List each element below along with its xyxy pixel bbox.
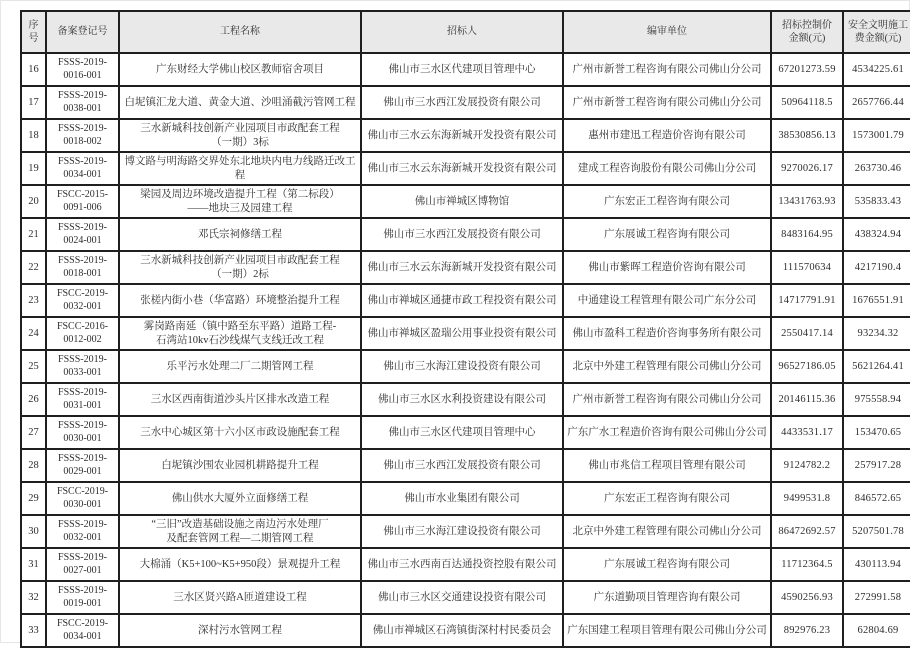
cell-safety-fee: 4217190.4 (843, 251, 910, 284)
cell-safety-fee: 975558.94 (843, 383, 910, 416)
table-header: 序 号 备案登记号 工程名称 招标人 编审单位 招标控制价 金额(元) 安全文明… (21, 11, 910, 53)
column-header-project-name: 工程名称 (119, 11, 361, 53)
table-row: 28 FSSS-2019- 0029-001 白坭镇沙围农业园机耕路提升工程 佛… (21, 449, 910, 482)
cell-serial-number: 16 (21, 53, 46, 86)
cell-safety-fee: 2657766.44 (843, 86, 910, 119)
cell-serial-number: 30 (21, 515, 46, 548)
cell-project-name: 三水区贤兴路A匝道建设工程 (119, 581, 361, 614)
cell-control-price: 67201273.59 (771, 53, 843, 86)
cell-tenderer: 佛山市三水区代建项目管理中心 (361, 53, 563, 86)
cell-serial-number: 18 (21, 119, 46, 152)
cell-tenderer: 佛山市三水区水利投资建设有限公司 (361, 383, 563, 416)
table-row: 24 FSCC-2016- 0012-002 雾岗路南延（镇中路至东平路）道路工… (21, 317, 910, 350)
table-row: 33 FSCC-2019- 0034-001 深村污水管网工程 佛山市禅城区石湾… (21, 614, 910, 647)
table-row: 23 FSCC-2019- 0032-001 张槎内街小巷（华富路）环境整治提升… (21, 284, 910, 317)
cell-serial-number: 28 (21, 449, 46, 482)
cell-registration-number: FSSS-2019- 0027-001 (46, 548, 119, 581)
column-header-safety-fee: 安全文明施工 费金额(元) (843, 11, 910, 53)
cell-serial-number: 26 (21, 383, 46, 416)
cell-serial-number: 32 (21, 581, 46, 614)
cell-registration-number: FSSS-2019- 0016-001 (46, 53, 119, 86)
cell-review-unit: 广东展诚工程咨询有限公司 (563, 548, 771, 581)
cell-review-unit: 佛山市兆信工程项目管理有限公司 (563, 449, 771, 482)
cell-registration-number: FSSS-2019- 0032-001 (46, 515, 119, 548)
cell-review-unit: 广东宏正工程咨询有限公司 (563, 185, 771, 218)
cell-registration-number: FSSS-2019- 0018-001 (46, 251, 119, 284)
table-body: 16 FSSS-2019- 0016-001 广东财经大学佛山校区教师宿舍项目 … (21, 53, 910, 647)
cell-review-unit: 建成工程咨询股份有限公司佛山分公司 (563, 152, 771, 185)
cell-registration-number: FSCC-2015- 0091-006 (46, 185, 119, 218)
table-row: 20 FSCC-2015- 0091-006 梁园及周边环境改造提升工程（第二标… (21, 185, 910, 218)
header-row: 序 号 备案登记号 工程名称 招标人 编审单位 招标控制价 金额(元) 安全文明… (21, 11, 910, 53)
cell-project-name: 广东财经大学佛山校区教师宿舍项目 (119, 53, 361, 86)
cell-serial-number: 22 (21, 251, 46, 284)
cell-control-price: 9499531.8 (771, 482, 843, 515)
cell-tenderer: 佛山市三水区交通建设投资有限公司 (361, 581, 563, 614)
table-row: 22 FSSS-2019- 0018-001 三水新城科技创新产业园项目市政配套… (21, 251, 910, 284)
cell-project-name: 三水中心城区第十六小区市政设施配套工程 (119, 416, 361, 449)
cell-serial-number: 21 (21, 218, 46, 251)
cell-project-name: 三水新城科技创新产业园项目市政配套工程 （一期）2标 (119, 251, 361, 284)
cell-registration-number: FSCC-2016- 0012-002 (46, 317, 119, 350)
cell-control-price: 50964118.5 (771, 86, 843, 119)
cell-registration-number: FSSS-2019- 0031-001 (46, 383, 119, 416)
cell-registration-number: FSSS-2019- 0034-001 (46, 152, 119, 185)
cell-review-unit: 佛山市紫晖工程造价咨询有限公司 (563, 251, 771, 284)
cell-safety-fee: 263730.46 (843, 152, 910, 185)
cell-registration-number: FSCC-2019- 0034-001 (46, 614, 119, 647)
cell-serial-number: 19 (21, 152, 46, 185)
cell-review-unit: 北京中外建工程管理有限公司佛山分公司 (563, 515, 771, 548)
cell-review-unit: 广东展诚工程咨询有限公司 (563, 218, 771, 251)
cell-tenderer: 佛山市三水西江发展投资有限公司 (361, 449, 563, 482)
cell-safety-fee: 62804.69 (843, 614, 910, 647)
cell-project-name: 三水新城科技创新产业园项目市政配套工程 （一期）3标 (119, 119, 361, 152)
cell-control-price: 8483164.95 (771, 218, 843, 251)
column-header-review-unit: 编审单位 (563, 11, 771, 53)
table-row: 21 FSSS-2019- 0024-001 邓氏宗祠修缮工程 佛山市三水西江发… (21, 218, 910, 251)
cell-tenderer: 佛山市禅城区博物馆 (361, 185, 563, 218)
cell-control-price: 14717791.91 (771, 284, 843, 317)
table-row: 18 FSSS-2019- 0018-002 三水新城科技创新产业园项目市政配套… (21, 119, 910, 152)
cell-registration-number: FSSS-2019- 0038-001 (46, 86, 119, 119)
column-header-tenderer: 招标人 (361, 11, 563, 53)
cell-control-price: 13431763.93 (771, 185, 843, 218)
cell-tenderer: 佛山市三水西南百达通投资控股有限公司 (361, 548, 563, 581)
cell-safety-fee: 1676551.91 (843, 284, 910, 317)
cell-project-name: 佛山供水大厦外立面修缮工程 (119, 482, 361, 515)
cell-registration-number: FSSS-2019- 0029-001 (46, 449, 119, 482)
cell-safety-fee: 5207501.78 (843, 515, 910, 548)
cell-tenderer: 佛山市三水云东海新城开发投资有限公司 (361, 152, 563, 185)
cell-project-name: 乐平污水处理二厂二期管网工程 (119, 350, 361, 383)
cell-control-price: 38530856.13 (771, 119, 843, 152)
cell-review-unit: 佛山市盈科工程造价咨询事务所有限公司 (563, 317, 771, 350)
cell-safety-fee: 430113.94 (843, 548, 910, 581)
cell-control-price: 4433531.17 (771, 416, 843, 449)
cell-tenderer: 佛山市三水西江发展投资有限公司 (361, 86, 563, 119)
cell-project-name: 张槎内街小巷（华富路）环境整治提升工程 (119, 284, 361, 317)
cell-project-name: 博文路与明海路交界处东北地块内电力线路迁改工程 (119, 152, 361, 185)
table-row: 19 FSSS-2019- 0034-001 博文路与明海路交界处东北地块内电力… (21, 152, 910, 185)
cell-review-unit: 广东广水工程造价咨询有限公司佛山分公司 (563, 416, 771, 449)
cell-review-unit: 广东国建工程项目管理有限公司佛山分公司 (563, 614, 771, 647)
cell-safety-fee: 535833.43 (843, 185, 910, 218)
cell-control-price: 96527186.05 (771, 350, 843, 383)
cell-safety-fee: 5621264.41 (843, 350, 910, 383)
table-row: 17 FSSS-2019- 0038-001 白坭镇汇龙大道、黄金大道、沙咀涌截… (21, 86, 910, 119)
cell-tenderer: 佛山市三水区代建项目管理中心 (361, 416, 563, 449)
cell-review-unit: 北京中外建工程管理有限公司佛山分公司 (563, 350, 771, 383)
cell-review-unit: 惠州市建迅工程造价咨询有限公司 (563, 119, 771, 152)
cell-serial-number: 25 (21, 350, 46, 383)
cell-project-name: 梁园及周边环境改造提升工程（第二标段） ——地块三及园建工程 (119, 185, 361, 218)
cell-serial-number: 20 (21, 185, 46, 218)
column-header-control-price: 招标控制价 金额(元) (771, 11, 843, 53)
cell-registration-number: FSSS-2019- 0030-001 (46, 416, 119, 449)
cell-project-name: 白坭镇汇龙大道、黄金大道、沙咀涌截污管网工程 (119, 86, 361, 119)
cell-review-unit: 广东宏正工程咨询有限公司 (563, 482, 771, 515)
cell-serial-number: 31 (21, 548, 46, 581)
cell-serial-number: 33 (21, 614, 46, 647)
cell-registration-number: FSSS-2019- 0018-002 (46, 119, 119, 152)
cell-control-price: 86472692.57 (771, 515, 843, 548)
cell-serial-number: 27 (21, 416, 46, 449)
table-row: 32 FSSS-2019- 0019-001 三水区贤兴路A匝道建设工程 佛山市… (21, 581, 910, 614)
cell-registration-number: FSCC-2019- 0032-001 (46, 284, 119, 317)
table-row: 31 FSSS-2019- 0027-001 大棉涌（K5+100~K5+950… (21, 548, 910, 581)
cell-control-price: 111570634 (771, 251, 843, 284)
cell-review-unit: 广东道勤项目管理咨询有限公司 (563, 581, 771, 614)
table-row: 29 FSCC-2019- 0030-001 佛山供水大厦外立面修缮工程 佛山市… (21, 482, 910, 515)
cell-safety-fee: 846572.65 (843, 482, 910, 515)
cell-project-name: 雾岗路南延（镇中路至东平路）道路工程- 石湾站10kv石沙线煤气支线迁改工程 (119, 317, 361, 350)
cell-tenderer: 佛山市三水云东海新城开发投资有限公司 (361, 251, 563, 284)
cell-safety-fee: 93234.32 (843, 317, 910, 350)
cell-project-name: 深村污水管网工程 (119, 614, 361, 647)
cell-serial-number: 24 (21, 317, 46, 350)
cell-safety-fee: 153470.65 (843, 416, 910, 449)
cell-project-name: 三水区西南街道沙头片区排水改造工程 (119, 383, 361, 416)
cell-tenderer: 佛山市禅城区石湾镇街深村村民委员会 (361, 614, 563, 647)
cell-registration-number: FSSS-2019- 0024-001 (46, 218, 119, 251)
cell-serial-number: 17 (21, 86, 46, 119)
cell-review-unit: 广州市新誉工程咨询有限公司佛山分公司 (563, 53, 771, 86)
cell-review-unit: 中通建设工程管理有限公司广东分公司 (563, 284, 771, 317)
cell-tenderer: 佛山市禅城区通捷市政工程投资有限公司 (361, 284, 563, 317)
cell-safety-fee: 4534225.61 (843, 53, 910, 86)
cell-registration-number: FSSS-2019- 0019-001 (46, 581, 119, 614)
cell-serial-number: 23 (21, 284, 46, 317)
cell-safety-fee: 257917.28 (843, 449, 910, 482)
table-row: 30 FSSS-2019- 0032-001 “三旧”改造基础设施之南边污水处理… (21, 515, 910, 548)
cell-registration-number: FSCC-2019- 0030-001 (46, 482, 119, 515)
cell-review-unit: 广州市新誉工程咨询有限公司佛山分公司 (563, 86, 771, 119)
cell-tenderer: 佛山市三水海江建设投资有限公司 (361, 350, 563, 383)
cell-control-price: 20146115.36 (771, 383, 843, 416)
cell-control-price: 892976.23 (771, 614, 843, 647)
cell-project-name: 邓氏宗祠修缮工程 (119, 218, 361, 251)
table-row: 27 FSSS-2019- 0030-001 三水中心城区第十六小区市政设施配套… (21, 416, 910, 449)
cell-control-price: 9124782.2 (771, 449, 843, 482)
table-row: 25 FSSS-2019- 0033-001 乐平污水处理二厂二期管网工程 佛山… (21, 350, 910, 383)
column-header-serial-number: 序 号 (21, 11, 46, 53)
cell-safety-fee: 272991.58 (843, 581, 910, 614)
table-row: 16 FSSS-2019- 0016-001 广东财经大学佛山校区教师宿舍项目 … (21, 53, 910, 86)
column-header-registration-number: 备案登记号 (46, 11, 119, 53)
cell-review-unit: 广州市新誉工程咨询有限公司佛山分公司 (563, 383, 771, 416)
cell-safety-fee: 438324.94 (843, 218, 910, 251)
cell-tenderer: 佛山市三水海江建设投资有限公司 (361, 515, 563, 548)
cell-control-price: 11712364.5 (771, 548, 843, 581)
cell-tenderer: 佛山市三水西江发展投资有限公司 (361, 218, 563, 251)
cell-tenderer: 佛山市三水云东海新城开发投资有限公司 (361, 119, 563, 152)
cell-registration-number: FSSS-2019- 0033-001 (46, 350, 119, 383)
cell-tenderer: 佛山市禅城区盈瑞公用事业投资有限公司 (361, 317, 563, 350)
cell-project-name: “三旧”改造基础设施之南边污水处理厂 及配套管网工程—二期管网工程 (119, 515, 361, 548)
cell-project-name: 白坭镇沙围农业园机耕路提升工程 (119, 449, 361, 482)
cell-tenderer: 佛山市水业集团有限公司 (361, 482, 563, 515)
cell-control-price: 2550417.14 (771, 317, 843, 350)
document-page: 序 号 备案登记号 工程名称 招标人 编审单位 招标控制价 金额(元) 安全文明… (0, 0, 910, 643)
cell-safety-fee: 1573001.79 (843, 119, 910, 152)
cell-control-price: 9270026.17 (771, 152, 843, 185)
table-row: 26 FSSS-2019- 0031-001 三水区西南街道沙头片区排水改造工程… (21, 383, 910, 416)
cell-serial-number: 29 (21, 482, 46, 515)
cell-project-name: 大棉涌（K5+100~K5+950段）景观提升工程 (119, 548, 361, 581)
tender-projects-table: 序 号 备案登记号 工程名称 招标人 编审单位 招标控制价 金额(元) 安全文明… (20, 10, 910, 648)
cell-control-price: 4590256.93 (771, 581, 843, 614)
